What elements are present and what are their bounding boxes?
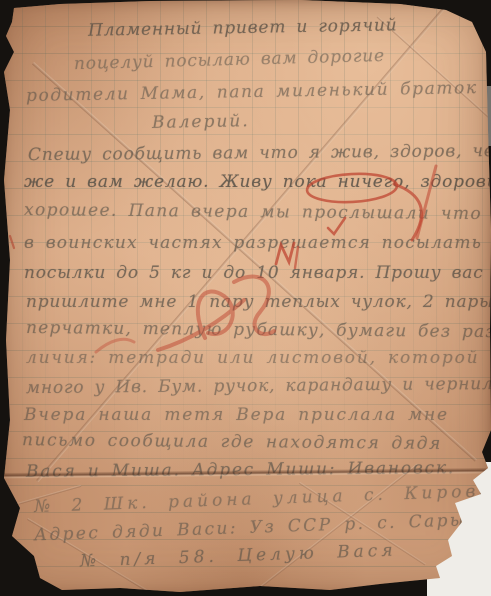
letter-line-10: пришлите мне 1 пару теплых чулок, 2 пары — [26, 292, 491, 312]
letter-line-7: хорошее. Папа вчера мы прослышали что — [24, 200, 482, 224]
letter-line-4: Валерий. — [152, 111, 250, 133]
letter-line-9: посылки до 5 кг и до 10 января. Прошу ва… — [24, 263, 484, 283]
letter-line-16: Вася и Миша. Адрес Миши: Ивановск. — [26, 458, 455, 482]
letter-line-6: же и вам желаю. Живу пока ничего, здоров… — [24, 172, 491, 192]
letter-line-14: Вчера наша тетя Вера прислала мне — [24, 405, 449, 425]
letter-line-8: в воинских частях разрешается посылать — [24, 233, 482, 253]
letter-line-15: письмо сообщила где находятся дядя — [22, 430, 442, 454]
letter-paper: Пламенный привет и горячий поцелуй посыл… — [0, 0, 491, 596]
letter-line-5: Спешу сообщить вам что я жив, здоров, че… — [28, 141, 491, 165]
letter-line-13: много у Ив. Бум. ручок, карандашу и черн… — [26, 374, 491, 398]
letter-line-11: перчатки, теплую рубашку, бумаги без раз — [26, 318, 491, 342]
scanned-letter-image: Пламенный привет и горячий поцелуй посыл… — [0, 0, 491, 596]
letter-line-12: личия: тетради или листовой, которой — [26, 348, 479, 368]
